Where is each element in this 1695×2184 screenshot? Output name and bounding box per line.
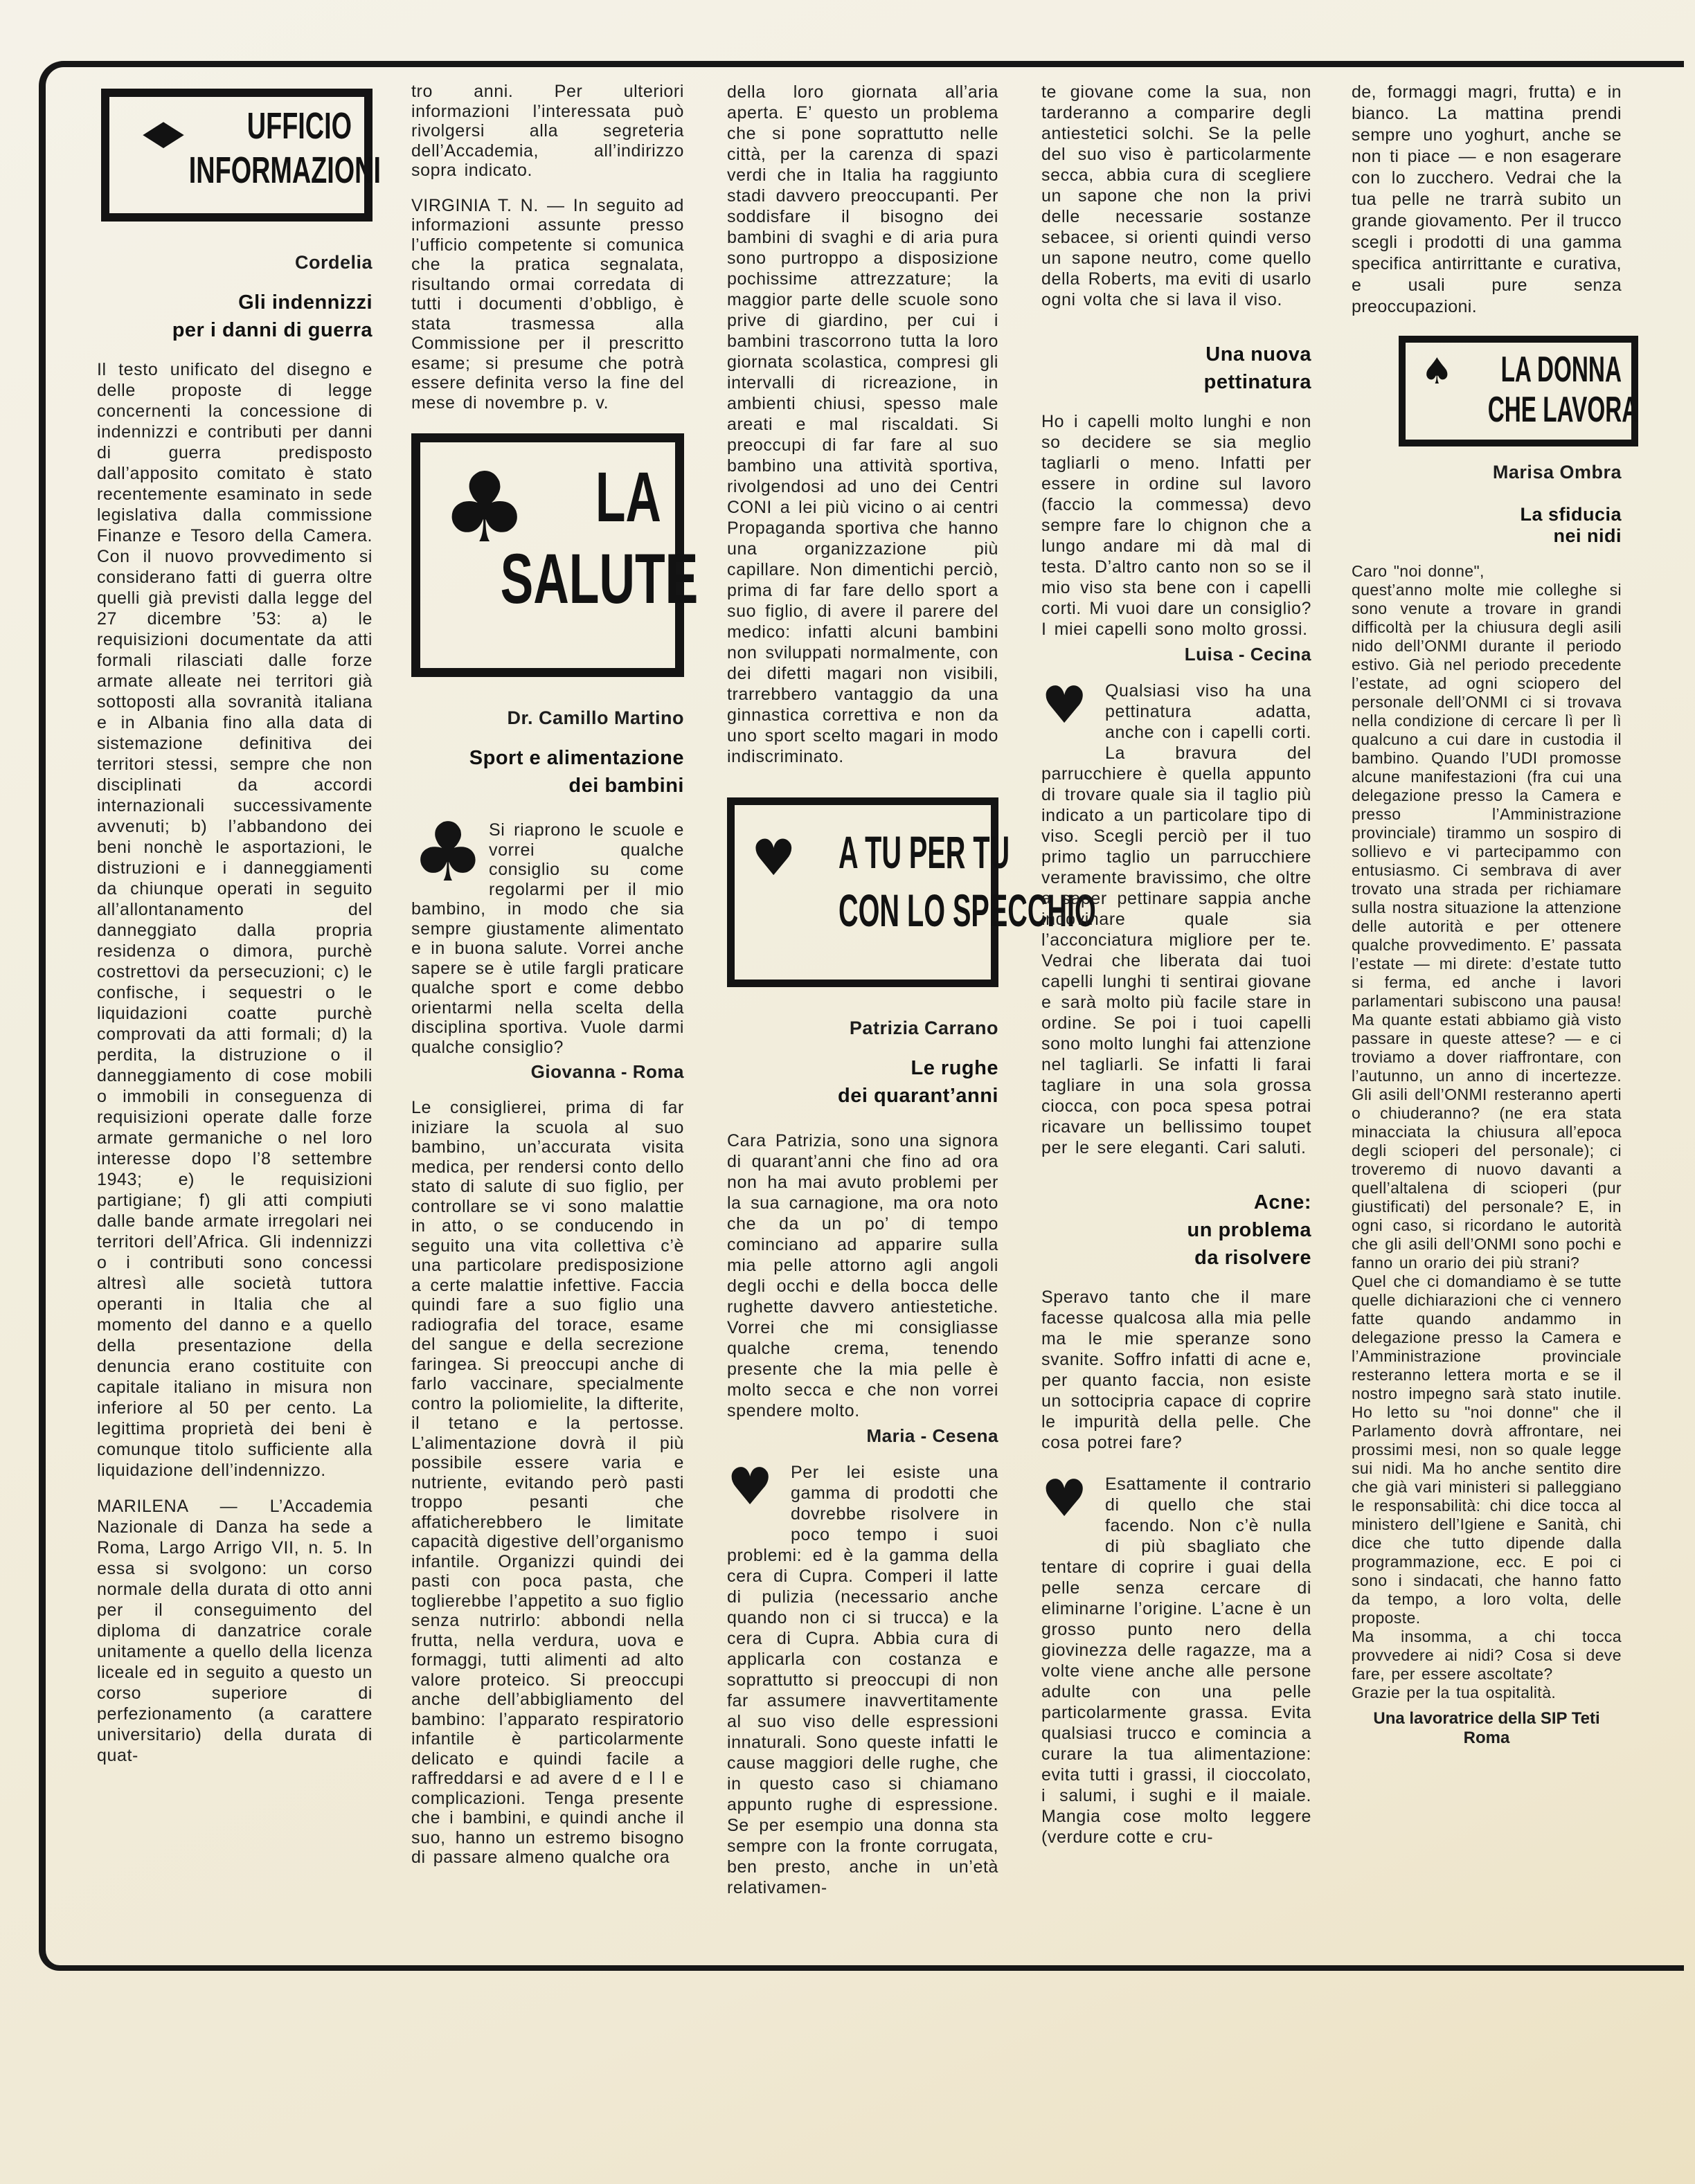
byline-patrizia-carrano: Patrizia Carrano [727,1018,998,1039]
letter-salutation: Caro "noi donne", [1352,562,1622,581]
article-title-sport-alimentazione: Sport e alimentazione dei bambini [411,744,684,800]
column-ufficio-informazioni: ◆ UFFICIO INFORMAZIONI Cordelia Gli inde… [97,89,373,1766]
club-icon: ♣ [411,820,489,887]
letter-nidi-para4: Grazie per la tua ospitalità. [1352,1684,1622,1702]
reply-text: Qualsiasi viso ha una pettinatura adatta… [1041,681,1311,1157]
article-body-marilena: MARILENA — L’Accademia Nazionale di Danz… [97,1496,373,1766]
letter-nidi-para3: Ma insomma, a chi tocca provvedere ai ni… [1352,1627,1622,1684]
diamond-icon: ◆ [143,116,184,150]
letter-luisa: Ho i capelli molto lunghi e non so decid… [1041,411,1311,640]
column-la-salute: tro anni. Per ulteriori informazioni l’i… [411,82,684,1868]
article-title-pettinatura: Una nuova pettinatura [1041,341,1311,396]
article-title-rughe: Le rughe dei quarant’anni [727,1054,998,1110]
reply-pettinatura: ♥Qualsiasi viso ha una pettinatura adatt… [1041,680,1311,1158]
letter-maria: Cara Patrizia, sono una signora di quara… [727,1130,998,1421]
section-box-a-tu-per-tu: ♥ A TU PER TU CON LO SPECCHIO [727,797,998,987]
reply-acne: ♥Esattamente il contrario di quello che … [1041,1474,1311,1848]
spade-icon: ♠ [1421,354,1453,390]
heart-icon: ♥ [751,833,796,883]
signature-maria-cesena: Maria - Cesena [727,1425,998,1447]
article-title-indennizzi: Gli indennizzi per i danni di guerra [97,289,373,344]
column-pettinatura-acne: te giovane come la sua, non tarderanno a… [1041,82,1311,1848]
reply-continuation-sapone: te giovane come la sua, non tarderanno a… [1041,82,1311,310]
section-box-la-salute: ♣ LA SALUTE [411,433,684,677]
section-box-la-donna-che-lavora: ♠ LA DONNA CHE LAVORA [1399,336,1638,446]
section-box-ufficio-informazioni: ◆ UFFICIO INFORMAZIONI [101,89,373,222]
letter-acne: Speravo tanto che il mare facesse qualco… [1041,1287,1311,1453]
reply-continuation-aria-aperta: della loro giornata all’aria aperta. E’ … [727,82,998,767]
article-body-indennizzi: Il testo unificato del disegno e delle p… [97,359,373,1481]
article-title-sfiducia-nidi: La sfiducia nei nidi [1352,504,1622,547]
signature-lavoratrice-sip: Una lavoratrice della SIP Teti Roma [1352,1709,1622,1748]
heart-icon: ♥ [1041,1474,1105,1539]
letter-giovanna: ♣Si riaprono le scuole e vorrei qualche … [411,820,684,1057]
magazine-page: ◆ UFFICIO INFORMAZIONI Cordelia Gli inde… [0,0,1695,2184]
signature-luisa-cecina: Luisa - Cecina [1041,644,1311,665]
byline-camillo-martino: Dr. Camillo Martino [411,707,684,729]
reply-sport-alimentazione: Le consiglierei, prima di far iniziare l… [411,1098,684,1868]
heart-icon: ♥ [727,1462,791,1527]
byline-marisa-ombra: Marisa Ombra [1352,462,1622,483]
article-title-acne: Acne: un problema da risolvere [1041,1189,1311,1272]
heart-icon: ♥ [1041,680,1105,746]
body-continuation-accademia: tro anni. Per ulteriori informazioni l’i… [411,82,684,181]
reply-text: Per lei esiste una gamma di prodotti che… [727,1463,998,1897]
body-virginia: VIRGINIA T. N. — In seguito ad informazi… [411,196,684,413]
signature-giovanna-roma: Giovanna - Roma [411,1061,684,1083]
byline-cordelia: Cordelia [97,252,373,273]
column-a-tu-per-tu: della loro giornata all’aria aperta. E’ … [727,82,998,1898]
letter-nidi-para1: quest’anno molte mie colleghe si sono ve… [1352,581,1622,1272]
column-la-donna-che-lavora: de, formaggi magri, frutta) e in bianco.… [1352,82,1622,1748]
letter-nidi-para2: Quel che ci domandiamo è se tutte quelle… [1352,1272,1622,1627]
reply-rughe: ♥Per lei esiste una gamma di prodotti ch… [727,1462,998,1898]
reply-continuation-dieta: de, formaggi magri, frutta) e in bianco.… [1352,82,1622,318]
